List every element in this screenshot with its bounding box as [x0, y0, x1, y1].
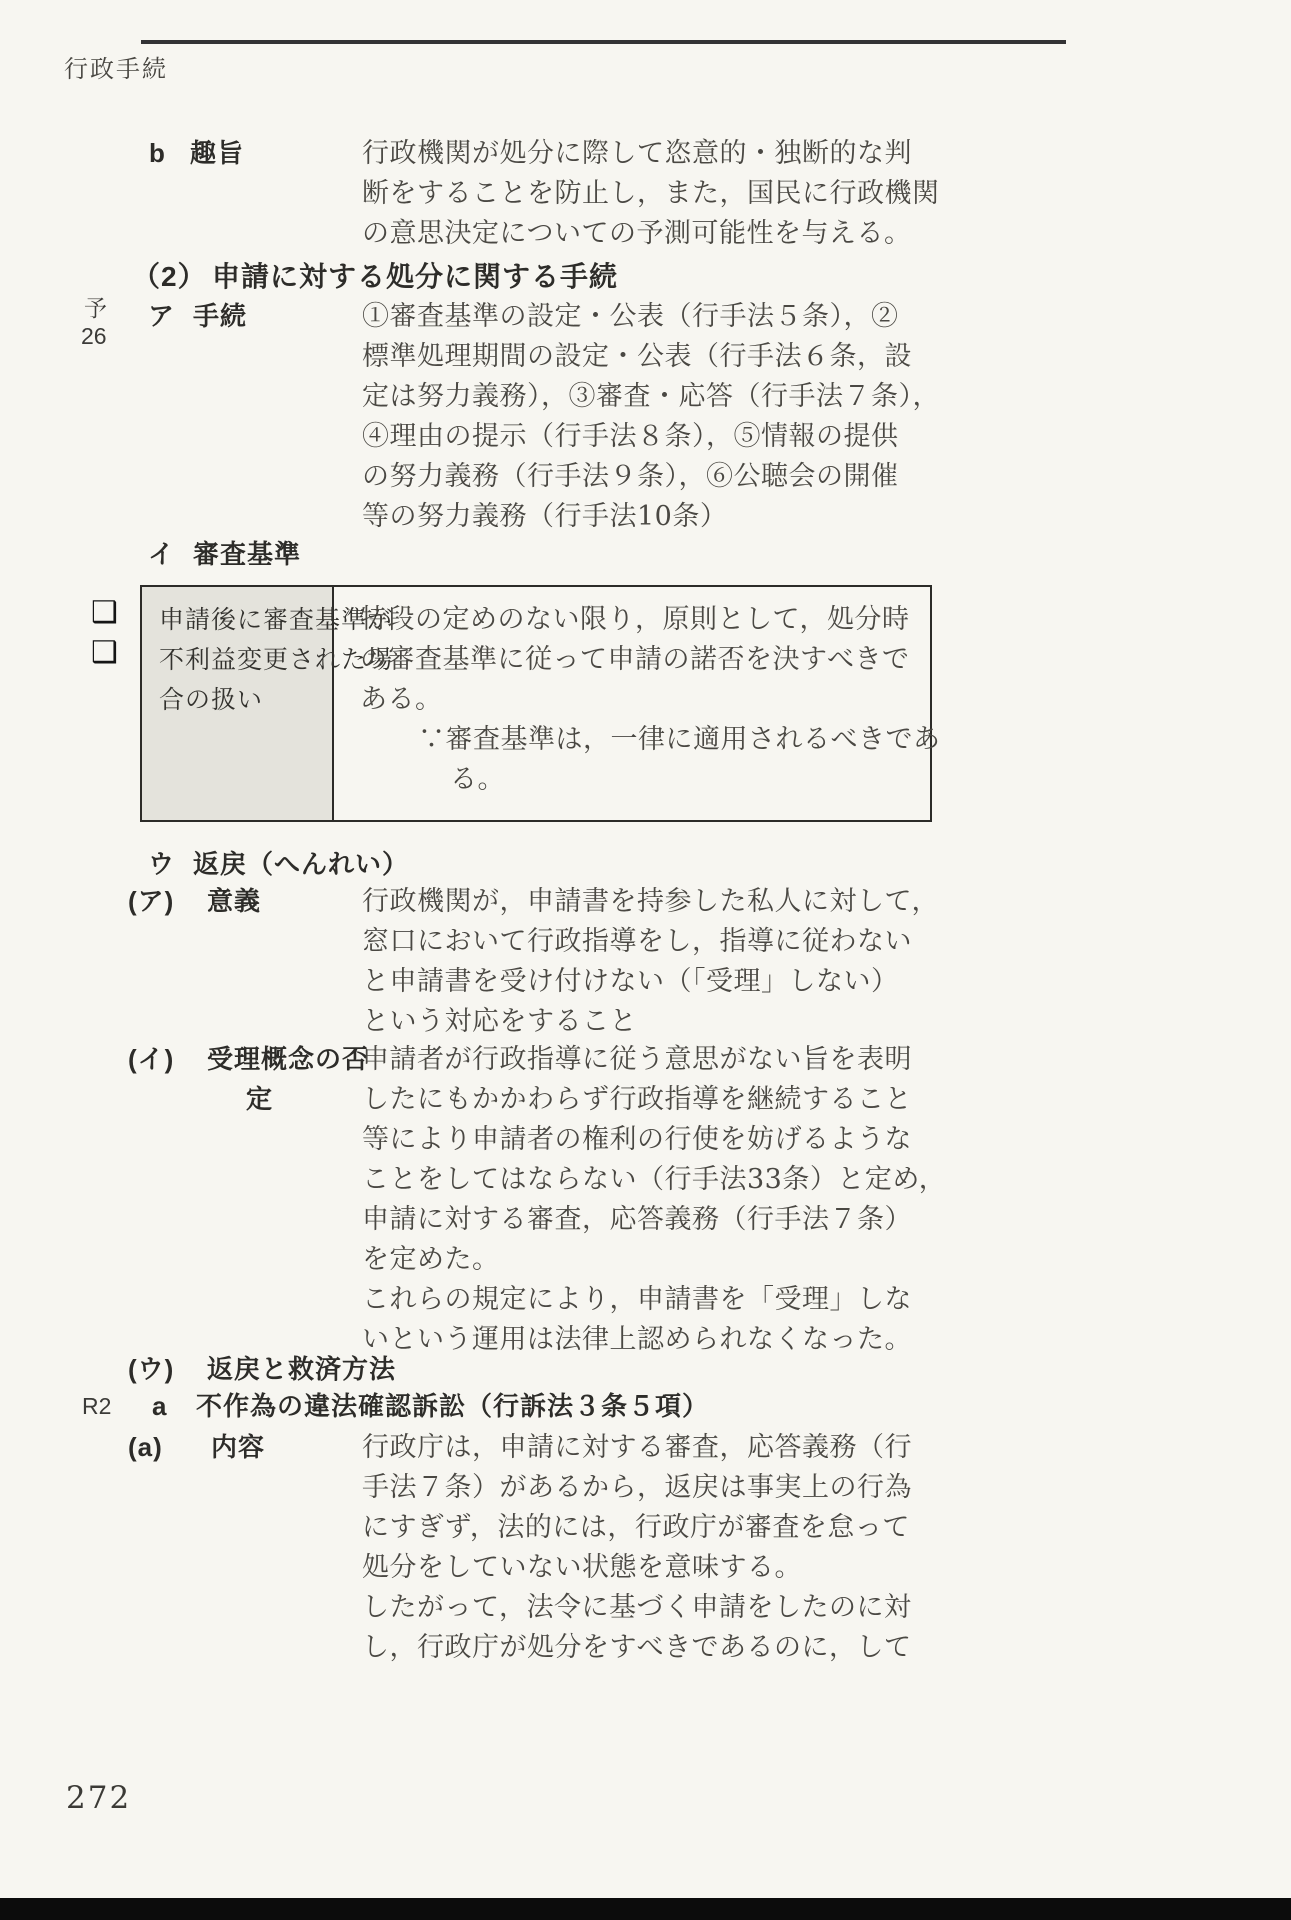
- body-line: ①審査基準の設定・公表（行手法５条），②: [362, 302, 899, 332]
- item-label-sub-a: (ア): [128, 887, 174, 916]
- body-line: の意思決定についての予測可能性を与える。: [362, 219, 911, 249]
- body-line: 行政庁は，申請に対する審査，応答義務（行: [362, 1433, 912, 1463]
- item-label-sub-u: (ウ): [128, 1355, 174, 1384]
- body-line: ④理由の提示（行手法８条），⑤情報の提供: [362, 422, 899, 452]
- body-line: と申請書を受け付けない（「受理」しない）: [362, 967, 899, 997]
- item-title-u-henrei: 返戻（へんれい）: [193, 850, 409, 879]
- body-line: を定めた。: [362, 1245, 500, 1275]
- body-line: 標準処理期間の設定・公表（行手法６条，設: [362, 342, 912, 372]
- item-label-u-henrei: ウ: [148, 850, 175, 879]
- body-line: 申請に対する審査，応答義務（行手法７条）: [362, 1205, 912, 1235]
- table-body-line: ∵審査基準は，一律に適用されるべきであ: [418, 725, 941, 755]
- body-line: 窓口において行政指導をし，指導に従わない: [362, 927, 912, 957]
- item-title-sub-u: 返戻と救済方法: [207, 1355, 396, 1384]
- table-header-line: 合の扱い: [159, 686, 263, 714]
- body-line: 手法７条）があるから，返戻は事実上の行為: [362, 1473, 912, 1503]
- body-line: にすぎず，法的には，行政庁が審査を怠って: [362, 1513, 910, 1543]
- body-line: いという運用は法律上認められなくなった。: [362, 1325, 912, 1355]
- table-body-line: 特段の定めのない限り，原則として，処分時: [360, 605, 909, 635]
- item-label-i-shinsa: イ: [148, 540, 175, 569]
- body-line: 断をすることを防止し，また，国民に行政機関: [362, 179, 940, 209]
- table-header-line: 申請後に審査基準が: [159, 606, 393, 634]
- body-line: 等により申請者の権利の行使を妨げるような: [362, 1125, 912, 1155]
- item-title-sub-a: 意義: [207, 887, 261, 916]
- page-number: 272: [66, 1781, 131, 1816]
- item-title-i-shinsa: 審査基準: [193, 540, 301, 569]
- item-label-b: b: [149, 139, 166, 168]
- table-body-line: の審査基準に従って申請の諾否を決すべきで: [360, 645, 909, 675]
- item-title-b: 趣旨: [190, 139, 244, 168]
- body-line: したにもかかわらず行政指導を継続すること: [362, 1085, 912, 1115]
- table-body-line: る。: [450, 765, 505, 795]
- item-label-a-content: (a): [128, 1433, 163, 1462]
- body-line: し，行政庁が処分をすべきであるのに，して: [362, 1633, 911, 1663]
- item-title-sub-i-line1: 受理概念の否: [207, 1045, 369, 1074]
- margin-note-yo-num: 26: [81, 324, 107, 350]
- table-header-line: 不利益変更された場: [159, 646, 393, 674]
- body-line: 等の努力義務（行手法10条）: [362, 502, 727, 532]
- scan-artifact-bottom-bar: [0, 1898, 1291, 1920]
- checkbox-icon: ❑: [91, 638, 118, 668]
- item-label-a-item: a: [152, 1392, 167, 1421]
- item-label-sub-i: (イ): [128, 1045, 174, 1074]
- body-line: という対応をすること: [362, 1007, 637, 1037]
- table-body-line: ある。: [360, 685, 443, 715]
- margin-note-r2: R2: [82, 1394, 111, 1420]
- body-line: これらの規定により，申請書を「受理」しな: [362, 1285, 912, 1315]
- summary-table: 申請後に審査基準が 不利益変更された場 合の扱い 特段の定めのない限り，原則とし…: [140, 585, 932, 822]
- body-line: 行政機関が処分に際して恣意的・独断的な判: [362, 139, 912, 169]
- item-title-a-content: 内容: [211, 1433, 265, 1462]
- margin-note-yo: 予: [84, 296, 107, 322]
- section-heading-title: 申請に対する処分に関する手続: [212, 261, 618, 292]
- page-header: 行政手続: [64, 57, 168, 84]
- item-title-a-item: 不作為の違法確認訴訟（行訴法３条５項）: [196, 1392, 709, 1421]
- item-label-a-proc: ア: [148, 302, 175, 331]
- item-title-sub-i-line2: 定: [246, 1085, 273, 1114]
- body-line: したがって，法令に基づく申請をしたのに対: [362, 1593, 911, 1623]
- scanned-textbook-page: { "page": { "header": "行政手続", "page_numb…: [0, 0, 1291, 1920]
- body-line: 行政機関が，申請書を持参した私人に対して，: [362, 887, 939, 917]
- body-line: の努力義務（行手法９条），⑥公聴会の開催: [362, 462, 899, 492]
- section-heading-number: （2）: [132, 261, 207, 292]
- body-line: ことをしてはならない（行手法33条）と定め，: [362, 1165, 946, 1195]
- checkbox-icon: ❑: [91, 598, 118, 628]
- scan-artifact-top-line: [141, 40, 1066, 44]
- body-line: 定は努力義務），③審査・応答（行手法７条），: [362, 382, 940, 412]
- body-line: 処分をしていない状態を意味する。: [362, 1553, 802, 1583]
- body-line: 申請者が行政指導に従う意思がない旨を表明: [362, 1045, 912, 1075]
- item-title-a-proc: 手続: [193, 302, 247, 331]
